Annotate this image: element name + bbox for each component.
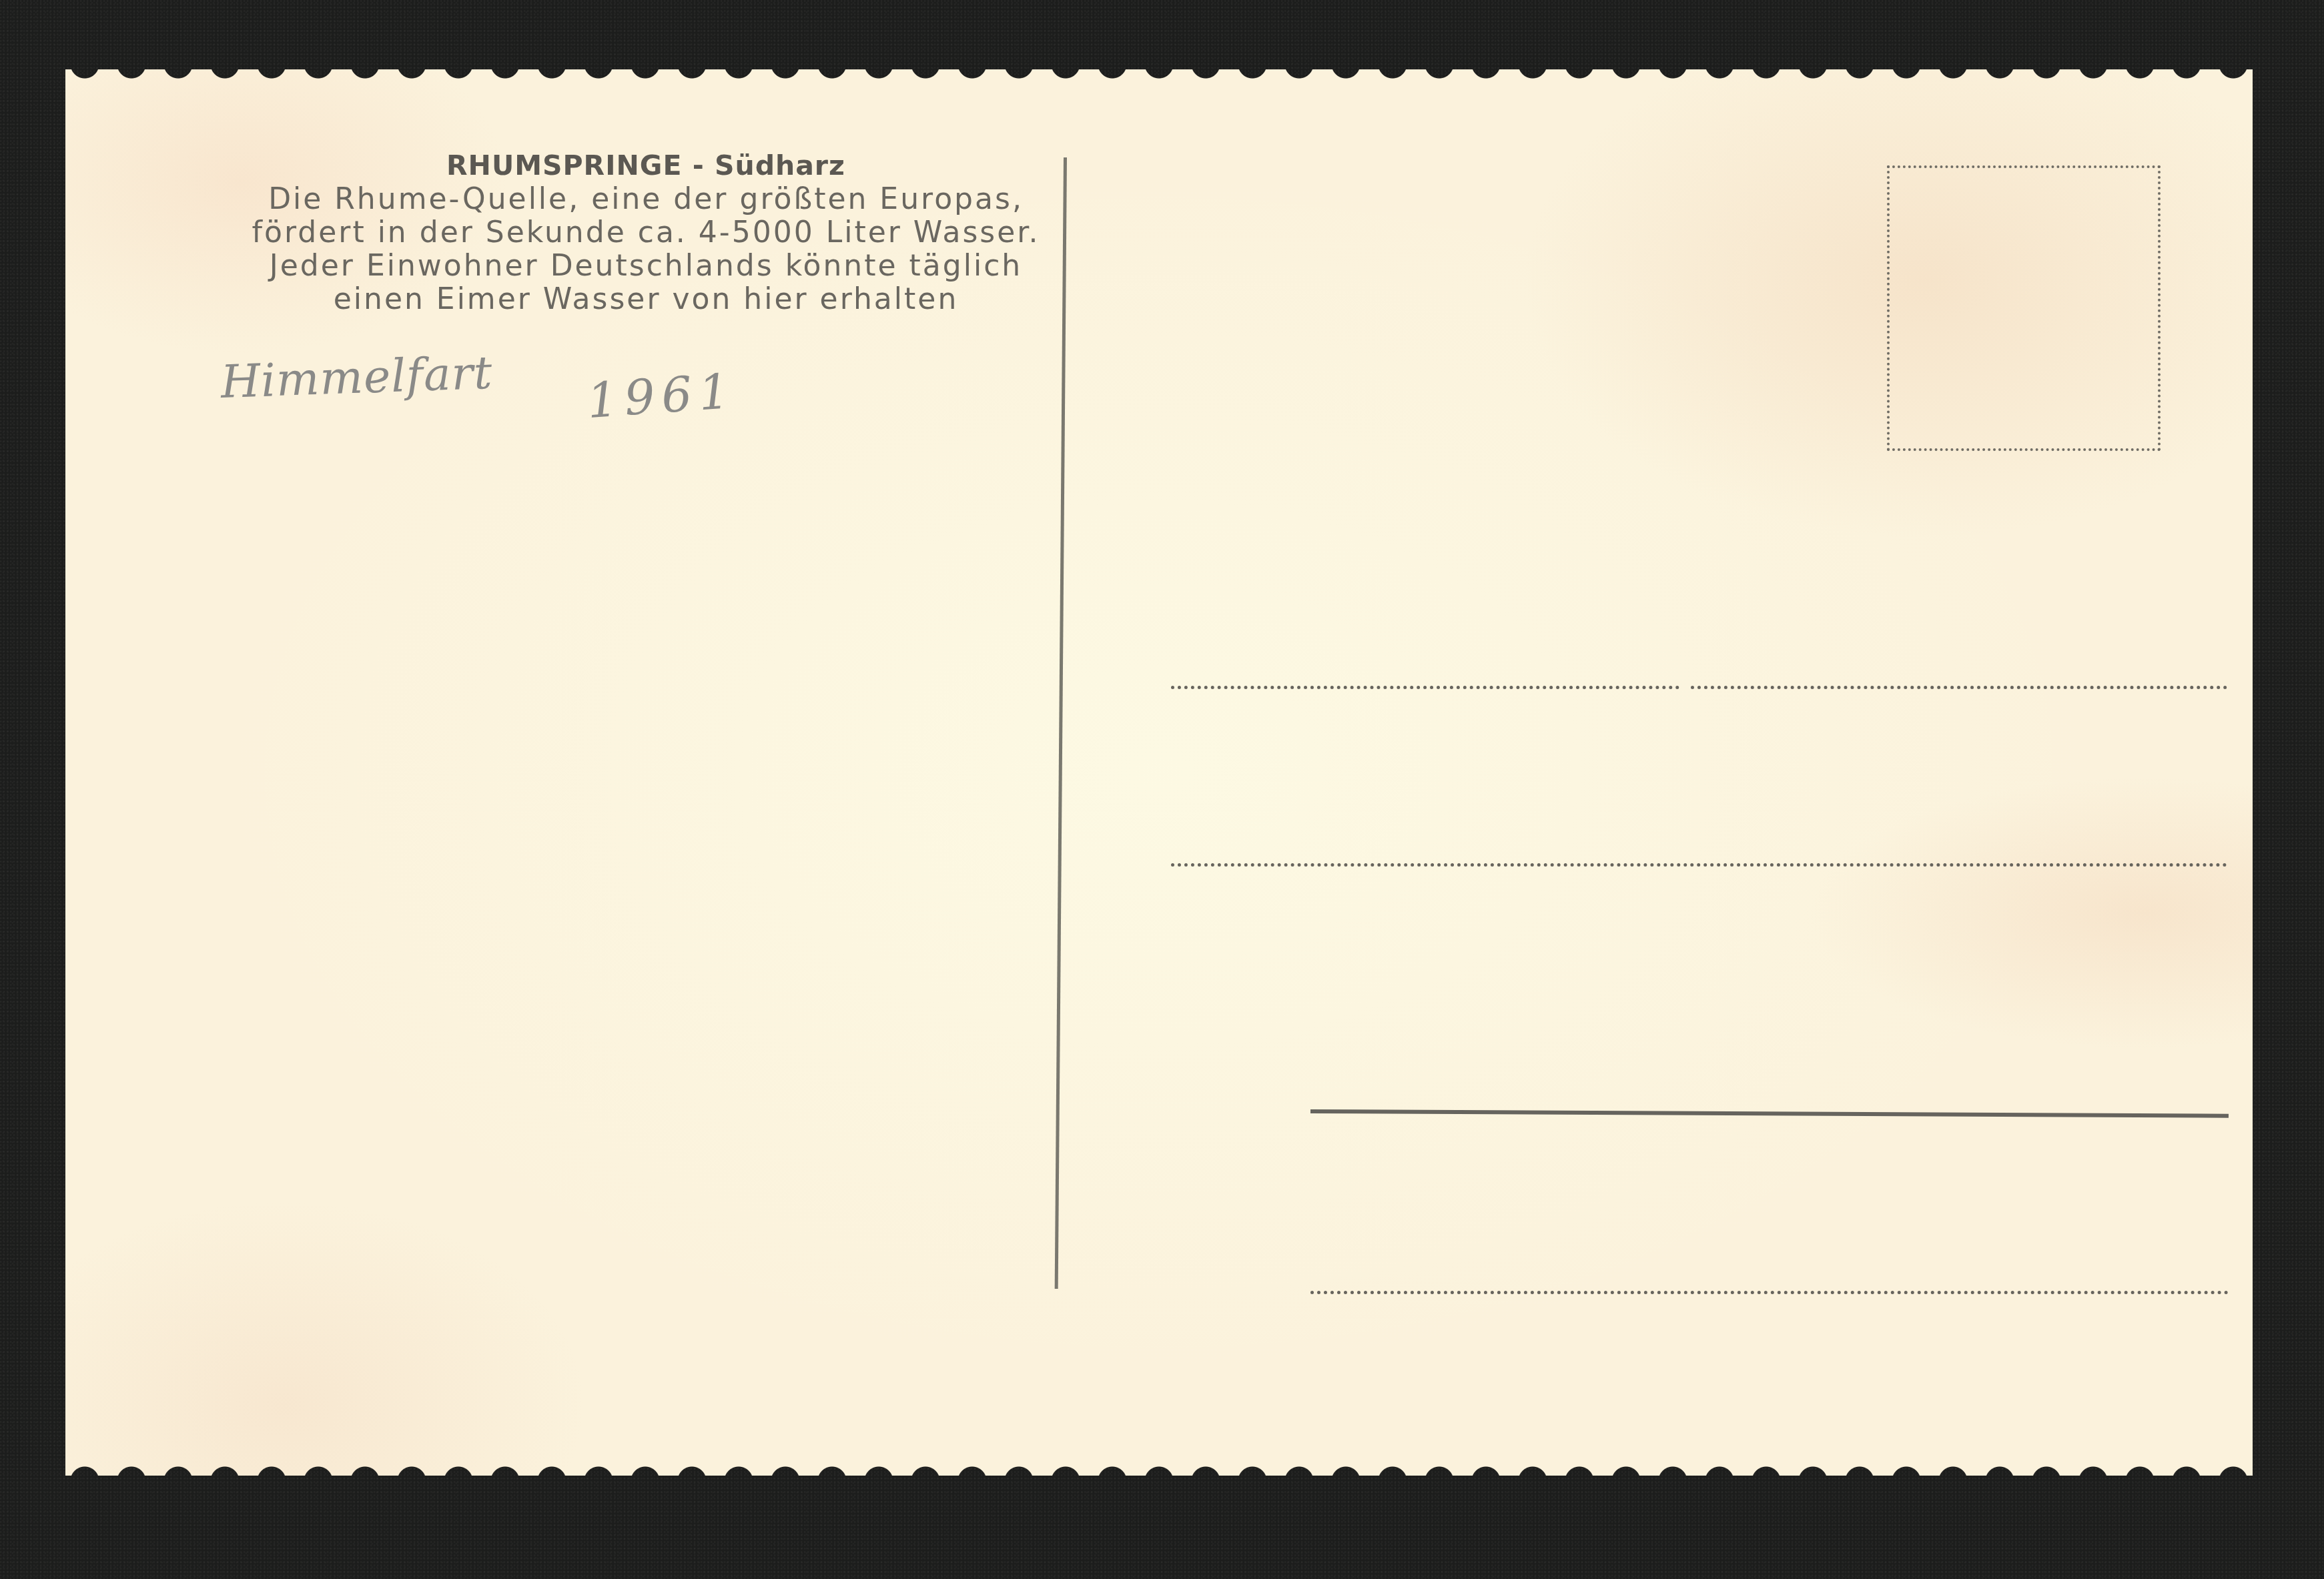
caption-line-4: einen Eimer Wasser von hier erhalten <box>179 283 1113 316</box>
postcard-caption: RHUMSPRINGE - Südharz Die Rhume-Quelle, … <box>179 148 1113 316</box>
caption-line-3: Jeder Einwohner Deutschlands könnte tägl… <box>179 249 1113 283</box>
address-line-3-solid <box>1310 1109 2229 1118</box>
caption-line-1: Die Rhume-Quelle, eine der größten Europ… <box>179 183 1113 216</box>
handwritten-note-year: 1961 <box>585 363 738 429</box>
address-line-2 <box>1171 863 2227 867</box>
stamp-placement-box <box>1887 165 2161 451</box>
address-line-4 <box>1310 1291 2229 1294</box>
postcard-paper: RHUMSPRINGE - Südharz Die Rhume-Quelle, … <box>65 69 2253 1476</box>
message-address-divider <box>1055 157 1067 1289</box>
caption-title: RHUMSPRINGE - Südharz <box>179 148 1113 183</box>
address-line-1-left <box>1171 686 1679 689</box>
address-line-1-right <box>1691 686 2227 689</box>
handwritten-note-word: Himmelfart <box>220 347 494 409</box>
postcard-back: RHUMSPRINGE - Südharz Die Rhume-Quelle, … <box>65 69 2253 1476</box>
caption-line-2: fördert in der Sekunde ca. 4-5000 Liter … <box>179 216 1113 249</box>
